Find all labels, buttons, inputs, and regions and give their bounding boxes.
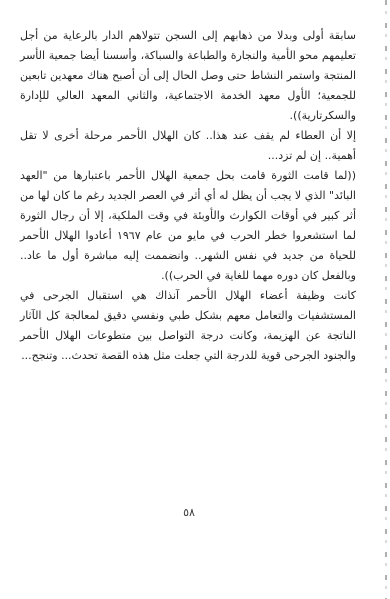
- paragraph-4: كانت وظيفة أعضاء الهلال الأحمر آنذاك هي …: [20, 286, 356, 366]
- page-text-block: سابقة أولى وبدلا من ذهابهم إلى السجن تتو…: [20, 26, 356, 366]
- page-number: ٥٨: [0, 506, 378, 520]
- paragraph-3: ((لما قامت الثورة قامت بحل جمعية الهلال …: [20, 166, 356, 286]
- paragraph-2: إلا أن العطاء لم يقف عند هذا.. كان الهلا…: [20, 126, 356, 166]
- paragraph-1: سابقة أولى وبدلا من ذهابهم إلى السجن تتو…: [20, 26, 356, 126]
- scan-edge-artifact: [385, 0, 387, 599]
- scanned-book-page: سابقة أولى وبدلا من ذهابهم إلى السجن تتو…: [0, 0, 390, 599]
